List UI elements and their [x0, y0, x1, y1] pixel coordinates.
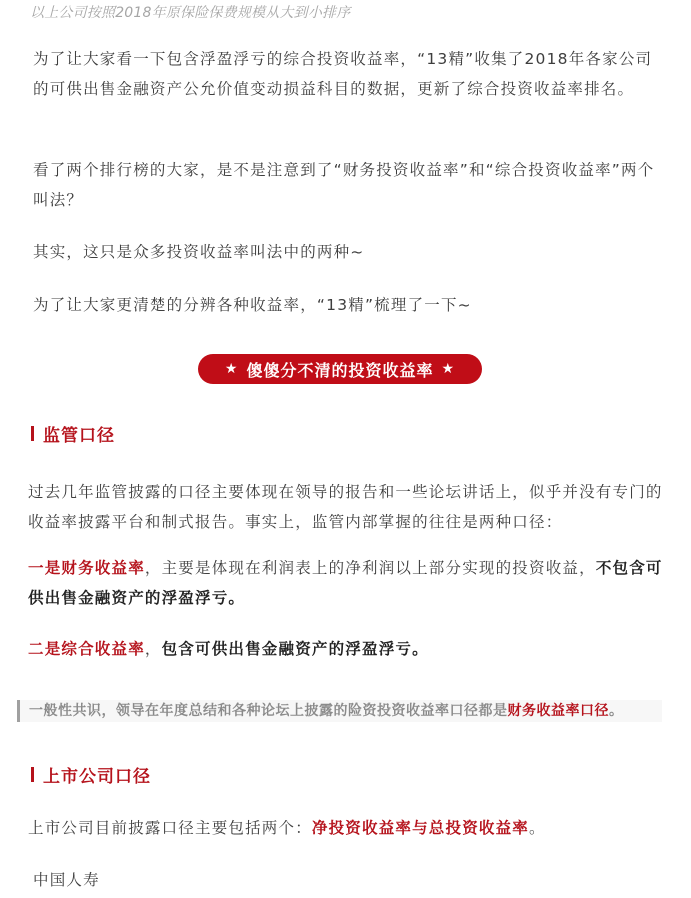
banner-title: 傻傻分不清的投资收益率 [246, 358, 433, 381]
heading-bar-icon [31, 767, 34, 782]
regulatory-item-2: 二是综合收益率，包含可供出售金融资产的浮盈浮亏。 [28, 634, 663, 664]
listed-paragraph: 上市公司目前披露口径主要包括两个：净投资收益率与总投资收益率。 [28, 813, 663, 843]
item-text: ，主要是体现在利润表上的净利润以上部分实现的投资收益， [145, 559, 596, 577]
intro-paragraph-3: 其实，这只是众多投资收益率叫法中的两种~ [33, 237, 658, 267]
quote-end: 。 [609, 703, 624, 719]
highlight-term: 一是财务收益率 [28, 559, 145, 577]
quote-highlight: 财务收益率口径 [508, 703, 610, 719]
regulatory-item-1: 一是财务收益率，主要是体现在利润表上的净利润以上部分实现的投资收益，不包含可供出… [28, 553, 663, 613]
section-heading-regulatory: 监管口径 [31, 421, 115, 446]
intro-paragraph-1: 为了让大家看一下包含浮盈浮亏的综合投资收益率，“13精”收集了2018年各家公司… [33, 44, 658, 104]
image-caption: 以上公司按照2018年原保险保费规模从大到小排序 [30, 2, 350, 22]
item-text: ， [145, 640, 162, 658]
star-icon: ★ [225, 361, 239, 377]
section-heading-text: 监管口径 [43, 421, 115, 446]
section-heading-text: 上市公司口径 [43, 762, 151, 787]
section-banner: ★ 傻傻分不清的投资收益率 ★ [198, 354, 482, 384]
section-heading-listed-companies: 上市公司口径 [31, 762, 151, 787]
paragraph-text: 上市公司目前披露口径主要包括两个： [28, 819, 312, 837]
highlight-term: 二是综合收益率 [28, 640, 145, 658]
paragraph-end: 。 [529, 819, 546, 837]
heading-bar-icon [31, 426, 34, 441]
intro-paragraph-4: 为了让大家更清楚的分辨各种收益率，“13精”梳理了一下~ [33, 290, 658, 320]
highlight-term: 净投资收益率与总投资收益率 [312, 819, 529, 837]
intro-paragraph-2: 看了两个排行榜的大家，是不是注意到了“财务投资收益率”和“综合投资收益率”两个叫… [33, 155, 658, 215]
regulatory-paragraph: 过去几年监管披露的口径主要体现在领导的报告和一些论坛讲话上，似乎并没有专门的收益… [28, 477, 663, 537]
blockquote: 一般性共识，领导在年度总结和各种论坛上披露的险资投资收益率口径都是财务收益率口径… [17, 700, 662, 722]
emphasis-text: 包含可供出售金融资产的浮盈浮亏。 [162, 640, 429, 658]
company-label: 中国人寿 [33, 868, 100, 890]
star-icon: ★ [442, 361, 456, 377]
quote-text: 一般性共识，领导在年度总结和各种论坛上披露的险资投资收益率口径都是 [29, 703, 508, 719]
